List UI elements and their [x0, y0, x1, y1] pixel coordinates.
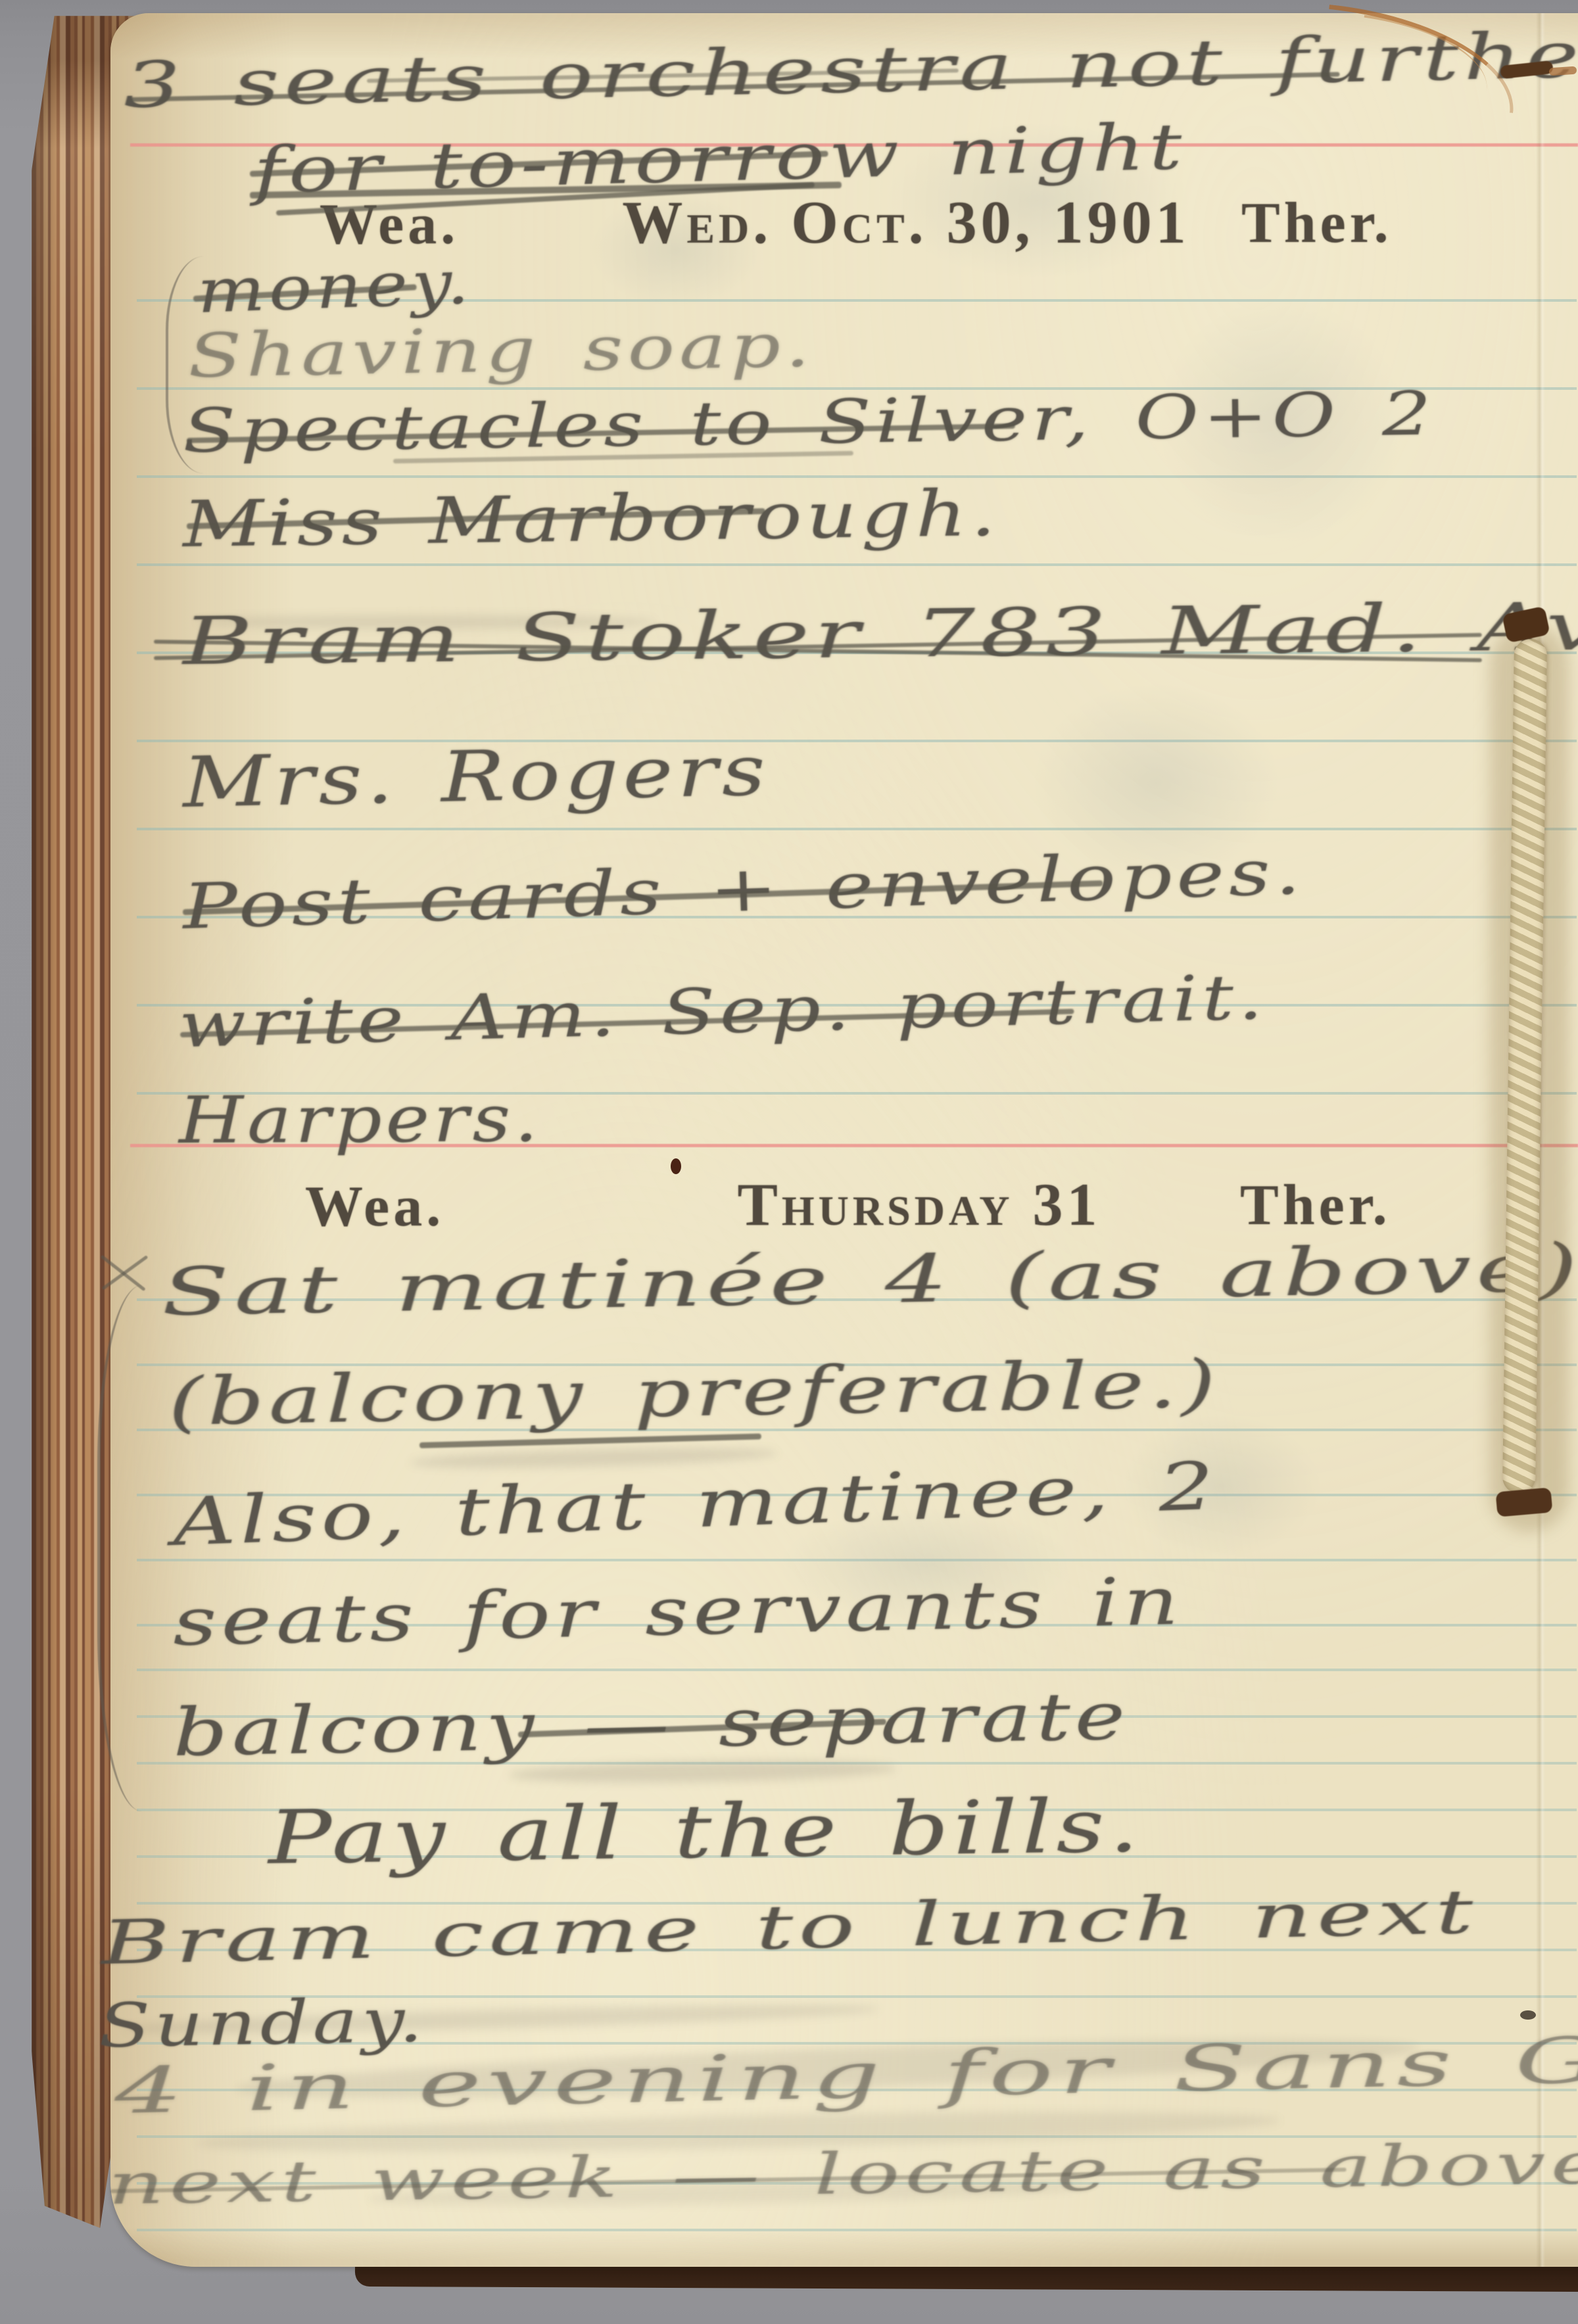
- margin-parenthesis: [166, 256, 208, 473]
- diary-scan: Wea. Wed. Oct. 30, 1901 Ther. Wea. Thurs…: [0, 0, 1578, 2324]
- diary-page: Wea. Wed. Oct. 30, 1901 Ther. Wea. Thurs…: [110, 13, 1578, 2267]
- margin-brace: [97, 1285, 147, 1811]
- diary-entry: balcony — separate: [172, 1684, 1130, 1766]
- diary-entry: seats for servants in: [172, 1569, 1183, 1655]
- thermometer-label: Ther.: [1241, 195, 1393, 252]
- diary-entry: Spectacles to Silver, O+O 2: [182, 383, 1435, 462]
- weather-label: Wea.: [305, 1178, 444, 1236]
- diary-entry: (balcony preferable.): [168, 1351, 1220, 1435]
- diary-entry: Shaving soap.: [187, 315, 815, 387]
- date-heading-oct31: Thursday 31: [571, 1174, 1268, 1235]
- diary-entry: Pay all the bills.: [268, 1789, 1143, 1875]
- ink-speck: [671, 1158, 681, 1174]
- diary-entry: Bram Stoker 783 Mad. Av.: [182, 594, 1578, 675]
- ink-speck: [1520, 2010, 1536, 2020]
- diary-entry: Harpers.: [179, 1087, 542, 1153]
- diary-entry: Miss Marborough.: [182, 482, 1000, 556]
- date-heading-oct30: Wed. Oct. 30, 1901: [531, 192, 1281, 252]
- diary-entry: money.: [196, 252, 473, 322]
- diary-entry: Mrs. Rogers: [182, 736, 770, 818]
- thermometer-label: Ther.: [1240, 1177, 1391, 1235]
- thread-knot-bottom: [1496, 1487, 1553, 1517]
- smudge: [196, 615, 656, 628]
